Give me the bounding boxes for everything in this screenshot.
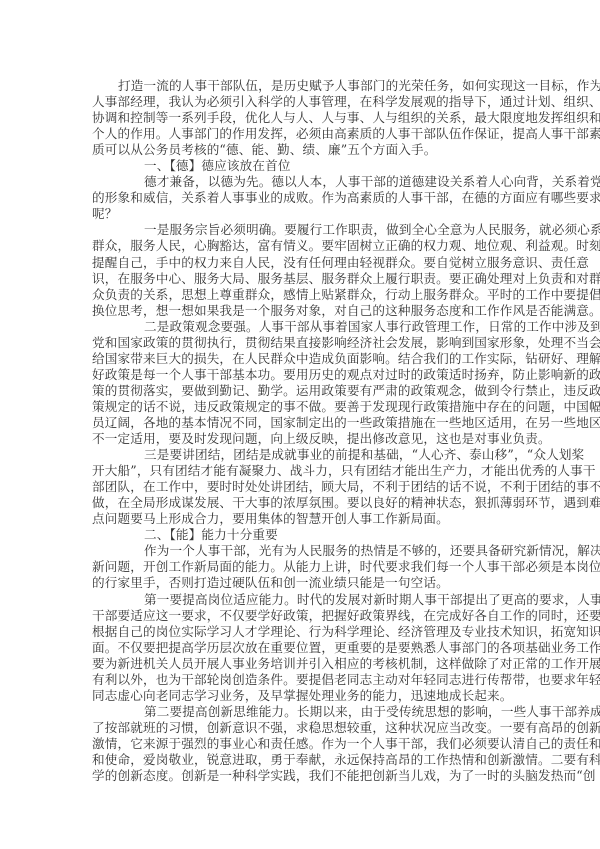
text-line: 一是服务宗旨必须明确。要履行工作职责，做到全心全意为人民服务，就必须心系: [92, 222, 512, 238]
text-line: 策的贯彻落实，要做到勤记、勤学。运用政策要有严肃的政策观念，做到令行禁止，违反政: [92, 383, 512, 399]
text-line: 第二要提高创新思维能力。长期以来，由于受传统思想的影响，一些人事干部养成: [92, 704, 512, 720]
section-heading: 二、【能】能力十分重要: [92, 527, 512, 543]
text-line: 换位思考，想一想如果我是一个服务对象，对自己的这种服务态度和工作作风是否能满意。: [92, 303, 512, 319]
text-line: 作为一个人事干部，光有为人民服务的热情是不够的，还要具备研究新情况，解决: [92, 543, 512, 559]
text-line: 德才兼备，以德为先。德以人本，人事干部的道德建设关系着人心向背，关系着党: [92, 174, 512, 190]
text-line: 人事部经理，我认为必须引入科学的人事管理，在科学发展观的指导下，通过计划、组织、: [92, 94, 512, 110]
text-line: 不一定适用，要及时发现问题，向上级反映，提出修改意见，这也是对事业负责。: [92, 431, 512, 447]
text-line: 给国家带来巨大的损失，在人民群众中造成负面影响。结合我们的工作实际，钻研好、理解: [92, 351, 512, 367]
text-line: 员辽阔，各地的基本情况不同，国家制定出的一些政策措施在一些地区适用，在另一些地区: [92, 415, 512, 431]
text-line: 三是要讲团结，团结是成就事业的前提和基础，“人心齐、泰山移”，“众人划桨: [92, 447, 512, 463]
text-line: 做，在全局形成谋发展、干大事的浓厚氛围。要以良好的精神状态，狠抓薄弱环节，遇到难: [92, 495, 512, 511]
text-line: 好政策是每一个人事干部基本功。要用历史的观点对过时的政策适时扬弃，防止影响新的政: [92, 367, 512, 383]
text-line: 开大船”，只有团结才能有凝聚力、战斗力，只有团结才能出生产力，才能出优秀的人事干: [92, 463, 512, 479]
text-line: 激情，它来源于强烈的事业心和责任感。作为一个人事干部，我们必须要认清自己的责任和: [92, 736, 512, 752]
text-line: 学的创新态度。创新是一种科学实践，我们不能把创新当儿戏，为了一时的头脑发热而“创: [92, 768, 512, 784]
text-line: 部团队，在工作中，要时时处处讲团结，顾大局，不利于团结的话不说，不利于团结的事不: [92, 479, 512, 495]
text-line: 有利以外，也为干部轮岗创造条件。要提倡老同志主动对年轻同志进行传帮带，也要求年轻: [92, 672, 512, 688]
text-line: 识，在服务中心、服务大局、服务基层、服务群众上履行职责。要正确处理对上负责和对群: [92, 271, 512, 287]
text-line: 策规定的话不说，违反政策规定的事不做。要善于发现现行政策措施中存在的问题，中国幅: [92, 399, 512, 415]
text-line: 的行家里手，否则打造过硬队伍和创一流业绩只能是一句空话。: [92, 575, 512, 591]
text-line: 新问题，开创工作新局面的能力。从能力上讲，时代要求我们每一个人事干部必须是本岗位: [92, 559, 512, 575]
text-line: 个人的作用。人事部门的作用发挥，必须由高素质的人事干部队伍作保证，提高人事干部素: [92, 126, 512, 142]
text-line: 打造一流的人事干部队伍，是历史赋予人事部门的光荣任务，如何实现这一目标，作为: [92, 78, 512, 94]
text-line: 干部要适应这一要求，不仅要学好政策，把握好政策界线，在完成好各自工作的同时，还要: [92, 608, 512, 624]
text-line: 质可以从公务员考核的“德、能、勤、绩、廉”五个方面入手。: [92, 142, 512, 158]
text-line: 协调和控制等一系列手段，优化人与人、人与事、人与组织的关系，最大限度地发挥组织和: [92, 110, 512, 126]
section-heading: 一、【德】德应该放在首位: [92, 158, 512, 174]
text-line: 和使命，爱岗敬业，锐意进取，勇于奉献，永远保持高昂的工作热情和创新激情。二要有科: [92, 752, 512, 768]
text-line: 根据自己的岗位实际学习人才学理论、行为科学理论、经济管理及专业技术知识，拓宽知识: [92, 624, 512, 640]
text-line: 第一要提高岗位适应能力。时代的发展对新时期人事干部提出了更高的要求，人事: [92, 592, 512, 608]
text-line: 了按部就班的习惯，创新意识不强，求稳思想较重，这种状况应当改变。一要有高昂的创新: [92, 720, 512, 736]
text-line: 众负责的关系，思想上尊重群众，感情上贴紧群众，行动上服务群众。平时的工作中要提倡: [92, 287, 512, 303]
text-line: 点问题要马上形成合力，要用集体的智慧开创人事工作新局面。: [92, 511, 512, 527]
text-line: 群众，服务人民，心胸豁达，富有情义。要牢固树立正确的权力观、地位观、利益观。时刻: [92, 238, 512, 254]
text-line: 呢？: [92, 206, 512, 222]
text-line: 同志虚心向老同志学习业务，及早掌握处理业务的能力，迅速地成长起来。: [92, 688, 512, 704]
text-line: 的形象和威信，关系着人事事业的成败。作为高素质的人事干部，在德的方面应有哪些要求: [92, 190, 512, 206]
text-line: 党和国家政策的贯彻执行，贯彻结果直接影响经济社会发展，影响到国家形象，处理不当会: [92, 335, 512, 351]
text-line: 提醒自己，手中的权力来自人民，没有任何理由轻视群众。要自觉树立服务意识、责任意: [92, 255, 512, 271]
text-line: 面。不仅要把提高学历层次放在重要位置，更重要的是要熟悉人事部门的各项基础业务工作…: [92, 640, 512, 656]
document-page: 打造一流的人事干部队伍，是历史赋予人事部门的光荣任务，如何实现这一目标，作为人事…: [92, 78, 512, 784]
text-line: 要为新进机关人员开展人事业务培训并引入相应的考核机制，这样做除了对正常的工作开展: [92, 656, 512, 672]
text-line: 二是政策观念要强。人事干部从事着国家人事行政管理工作，日常的工作中涉及到: [92, 319, 512, 335]
